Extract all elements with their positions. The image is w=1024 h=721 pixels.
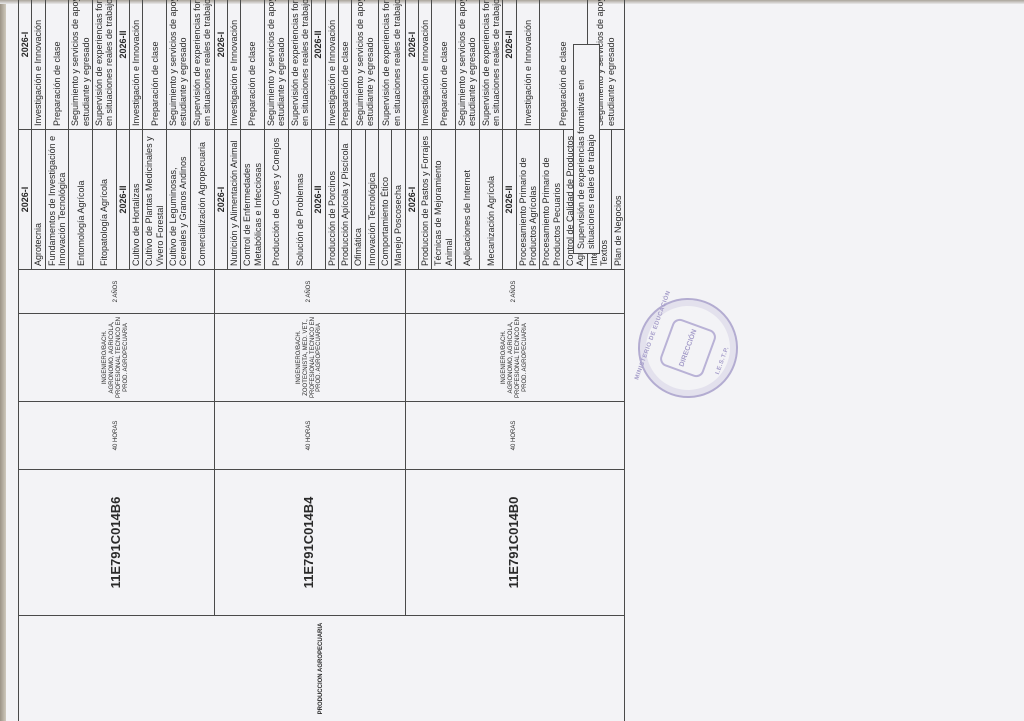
activity-cell: Seguimiento y servicios de apoyo al estu… xyxy=(456,0,480,130)
activity-cell: Investigación e Innovación xyxy=(130,0,143,130)
course-cell: Técnicas de Mejoramiento Animal xyxy=(432,130,456,270)
activity-cell: Investigación e Innovación xyxy=(32,0,45,130)
activities-semester-label: 2026-II xyxy=(312,0,325,130)
activity-cell: Supervisión de experiencias formativas e… xyxy=(288,0,312,130)
course-cell: Aplicaciones de Internet xyxy=(456,130,480,270)
course-cell: Comercialización Agropecuaria xyxy=(190,130,214,270)
course-cell: Producción de Cuyes y Conejos xyxy=(264,130,288,270)
course-cell: Comportamiento Ético xyxy=(378,130,391,270)
activity-cell: Preparación de clase xyxy=(241,0,265,130)
semester-label: 2026-I xyxy=(214,130,227,270)
semester-label: 2026-I xyxy=(405,130,418,270)
activities-semester-label: 2026-I xyxy=(405,0,418,130)
activity-cell: Seguimiento y servicios de apoyo al estu… xyxy=(167,0,191,130)
course-cell: Fundamentos de Investigación e Innovació… xyxy=(45,130,69,270)
years-cell: 2 AÑOS xyxy=(214,270,405,314)
teaching-load-table: PRODUCCION AGROPECUARIA11E791C014B640 HO… xyxy=(18,0,625,721)
course-cell: Entomología Agrícola xyxy=(69,130,93,270)
scanned-page: PRODUCCION AGROPECUARIA11E791C014B640 HO… xyxy=(6,4,1024,721)
course-cell: Producción de Porcinos xyxy=(325,130,338,270)
activity-cell: Seguimiento y servicios de apoyo al estu… xyxy=(352,0,379,130)
semester-label: 2026-II xyxy=(116,130,129,270)
activity-cell: Seguimiento y servicios de apoyo al estu… xyxy=(264,0,288,130)
course-cell: Solución de Problemas xyxy=(288,130,312,270)
course-cell: Manejo Poscosecha xyxy=(392,130,405,270)
course-cell: Procesamiento Primario de Productos Agrí… xyxy=(516,130,540,270)
semester-label: 2026-I xyxy=(19,130,32,270)
course-cell: Produccion de Pastos y Forrajes xyxy=(419,130,432,270)
course-cell: Cultivo de Plantas Medicinales y Vivero … xyxy=(143,130,167,270)
trailing-activity-cell: Supervisión de experiencias formativas e… xyxy=(573,44,600,254)
stamp-top-text: MINISTERIO DE EDUCACIÓN xyxy=(634,289,672,381)
activity-cell: Supervisión de experiencias formativas e… xyxy=(479,0,503,130)
profile-cell: INGENIERO/BACH. AGRONOMO, AGRICOLA, PROF… xyxy=(405,314,624,402)
hours-cell: 40 HORAS xyxy=(405,402,624,470)
activity-cell: Supervisión de experiencias formativas e… xyxy=(93,0,117,130)
stamp-emblem: DIRECCIÓN xyxy=(658,317,718,380)
rotated-document: PRODUCCION AGROPECUARIA11E791C014B640 HO… xyxy=(18,42,603,721)
activities-semester-label: 2026-I xyxy=(19,0,32,130)
activity-cell: Investigación e Innovación xyxy=(516,0,540,130)
activities-semester-label: 2026-II xyxy=(116,0,129,130)
course-cell: Cultivo de Hortalizas xyxy=(130,130,143,270)
course-cell: Producción Apícola y Piscícola xyxy=(338,130,351,270)
activity-cell: Investigación e Innovación xyxy=(227,0,240,130)
course-cell: Fitopatología Agrícola xyxy=(93,130,117,270)
course-cell: Innovación Tecnológica xyxy=(365,130,378,270)
course-cell: Control de Enfermedades Metabólicas e In… xyxy=(241,130,265,270)
course-cell: Procesamiento Primario de Productos Pecu… xyxy=(540,130,564,270)
activity-cell: Supervisión de experiencias formativas e… xyxy=(378,0,405,130)
hours-cell: 40 HORAS xyxy=(19,402,215,470)
position-code: 11E791C014B6 xyxy=(19,470,215,616)
activity-cell: Seguimiento y servicios de apoyo al estu… xyxy=(69,0,93,130)
activities-semester-label: 2026-II xyxy=(503,0,516,130)
area-cell: PRODUCCION AGROPECUARIA xyxy=(19,616,625,721)
table-row: PRODUCCION AGROPECUARIA11E791C014B640 HO… xyxy=(19,0,32,721)
semester-label: 2026-II xyxy=(503,130,516,270)
years-cell: 2 AÑOS xyxy=(405,270,624,314)
semester-label: 2026-II xyxy=(312,130,325,270)
course-cell: Mecanización Agrícola xyxy=(479,130,503,270)
table-row: 11E791C014B040 HORASINGENIERO/BACH. AGRO… xyxy=(405,0,418,721)
activity-cell: Supervisión de experiencias formativas e… xyxy=(190,0,214,130)
profile-cell: INGENIERO/BACH. ZOOTECNISTA, MED. VET., … xyxy=(214,314,405,402)
course-cell: Plan de Negocios xyxy=(611,130,624,270)
hours-cell: 40 HORAS xyxy=(214,402,405,470)
position-code: 11E791C014B4 xyxy=(214,470,405,616)
years-cell: 2 AÑOS xyxy=(19,270,215,314)
activity-cell: Preparación de clase xyxy=(45,0,69,130)
activity-cell: Investigación e Innovación xyxy=(325,0,338,130)
position-code: 11E791C014B0 xyxy=(405,470,624,616)
course-cell: Cultivo de Leguminosas, Cereales y Grano… xyxy=(167,130,191,270)
profile-cell: INGENIERO/BACH. AGRONOMO, AGRICOLA, PROF… xyxy=(19,314,215,402)
course-cell: Ofimática xyxy=(352,130,365,270)
activities-semester-label: 2026-I xyxy=(214,0,227,130)
activity-cell: Preparación de clase xyxy=(143,0,167,130)
course-cell: Nutrición y Alimentación Animal xyxy=(227,130,240,270)
course-cell: Agrotecnia xyxy=(32,130,45,270)
official-stamp: MINISTERIO DE EDUCACIÓN DIRECCIÓN I.E.S.… xyxy=(624,284,752,412)
table-row: 11E791C014B440 HORASINGENIERO/BACH. ZOOT… xyxy=(214,0,227,721)
activity-cell: Investigación e Innovación xyxy=(419,0,432,130)
activity-cell: Preparación de clase xyxy=(338,0,351,130)
activity-cell: Preparación de clase xyxy=(432,0,456,130)
